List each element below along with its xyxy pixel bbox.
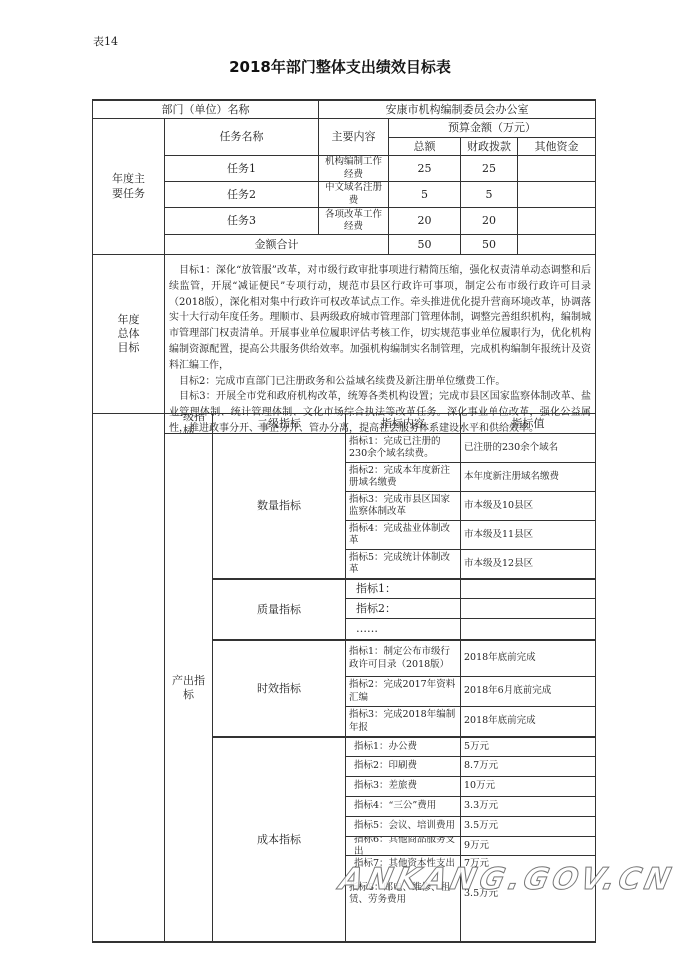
task-other	[517, 207, 596, 235]
group-quantity: 数量指标	[212, 433, 346, 579]
header-budget: 预算金额（万元）	[388, 118, 596, 138]
sum-other	[517, 234, 596, 255]
indicator-value	[460, 598, 596, 619]
indicator-value: 5万元	[460, 736, 596, 757]
task-fiscal: 5	[460, 181, 518, 208]
indicator-value: 市本级及12县区	[460, 549, 596, 579]
annual-tasks-label-text: 年度主要任务	[111, 172, 147, 201]
indicator-value	[460, 578, 596, 599]
indicator-content: 指标2：完成2017年资料汇编	[345, 676, 461, 707]
indicator-content: 指标8：邮电、维修、租赁、劳务费用	[346, 878, 460, 907]
indicator-value	[460, 618, 596, 640]
indicator-value: 2018年底前完成	[460, 639, 596, 677]
sum-label: 金额合计	[164, 234, 389, 255]
indicator-value: 7万元	[461, 856, 595, 878]
indicator-value: 2018年6月底前完成	[460, 676, 596, 707]
indicator-content: 指标3：完成市县区国家监察体制改革	[345, 491, 461, 521]
indicator-value: 2018年底前完成	[460, 706, 596, 737]
task-name: 任务3	[164, 207, 319, 235]
task-total: 20	[388, 207, 461, 235]
annual-tasks-label: 年度主要任务	[92, 118, 165, 255]
header-task-name: 任务名称	[164, 118, 319, 156]
department-label: 部门（单位）名称	[92, 99, 319, 119]
indicator-content: 指标1：完成已注册的230余个域名续费。	[345, 433, 461, 463]
header-indicator-content: 指标内容	[345, 413, 461, 434]
indicator-content: 指标6：其他商品服务支出	[345, 836, 461, 856]
task-other	[517, 181, 596, 208]
indicator-content: 指标7：其他资本性支出	[346, 856, 460, 878]
task-fiscal: 20	[460, 207, 518, 235]
indicator-content: 指标3：完成2018年编制年报	[345, 706, 461, 737]
indicator-value: 已注册的230余个域名	[460, 433, 596, 463]
indicator-content: 指标2：印刷费	[345, 756, 461, 777]
task-total: 25	[388, 155, 461, 182]
header-total: 总额	[388, 137, 461, 156]
indicator-value-group: 7万元 3.5万元	[460, 855, 596, 943]
indicator-content: 指标4：“三公”费用	[345, 796, 461, 817]
department-value: 安康市机构编制委员会办公室	[318, 99, 596, 119]
indicator-content: 指标1：	[345, 578, 461, 599]
indicator-content: 指标5：会议、培训费用	[345, 816, 461, 837]
indicator-value: 市本级及10县区	[460, 491, 596, 521]
goal-paragraph: 目标1：深化“放管服”改革，对市级行政审批事项进行精简压缩，强化权责清单动态调整…	[169, 263, 591, 374]
header-fiscal: 财政拨款	[460, 137, 518, 156]
table-bottom-border	[92, 941, 596, 943]
indicator-value: 3.5万元	[461, 878, 595, 900]
header-other: 其他资金	[517, 137, 596, 156]
task-other	[517, 155, 596, 182]
sum-total: 50	[388, 234, 461, 255]
indicator-content: 指标3：差旅费	[345, 776, 461, 797]
indicator-value: 3.3万元	[460, 796, 596, 817]
task-content: 中文域名注册费	[318, 181, 389, 208]
indicator-content: 指标2：完成本年度新注册域名缴费	[345, 462, 461, 492]
indicator-content: 指标1：办公费	[345, 736, 461, 757]
indicators-outer-label-cell	[92, 413, 165, 943]
table-number: 表14	[93, 33, 118, 49]
group-timeliness: 时效指标	[212, 639, 346, 737]
indicator-content: ……	[345, 618, 461, 640]
indicator-content-group: 指标7：其他资本性支出 指标8：邮电、维修、租赁、劳务费用	[345, 855, 461, 943]
task-name: 任务1	[164, 155, 319, 182]
task-content: 机构编制工作经费	[318, 155, 389, 182]
indicator-content: 指标5：完成统计体制改革	[345, 549, 461, 579]
indicator-content: 指标1：制定公布市级行政许可目录（2018版）	[345, 639, 461, 677]
indicator-value: 市本级及11县区	[460, 520, 596, 550]
indicator-content: 指标4：完成盐业体制改革	[345, 520, 461, 550]
annual-goals-text: 目标1：深化“放管服”改革，对市级行政审批事项进行精简压缩，强化权责清单动态调整…	[164, 254, 596, 414]
indicator-value: 本年度新注册域名缴费	[460, 462, 596, 492]
task-fiscal: 25	[460, 155, 518, 182]
indicator-value: 8.7万元	[460, 756, 596, 777]
annual-goals-label: 年度总体目标	[92, 254, 165, 414]
group-cost: 成本指标	[212, 736, 346, 943]
header-content: 主要内容	[318, 118, 389, 156]
header-level1: 一级指标	[164, 413, 213, 434]
indicator-value: 10万元	[460, 776, 596, 797]
indicator-content: 指标2：	[345, 598, 461, 619]
indicator-value: 3.5万元	[460, 816, 596, 837]
page-title: 2018年部门整体支出绩效目标表	[0, 56, 680, 77]
group-quality: 质量指标	[212, 578, 346, 640]
annual-goals-label-text: 年度总体目标	[117, 313, 141, 356]
task-total: 5	[388, 181, 461, 208]
level1-output-indicator: 产出指标	[164, 433, 213, 943]
header-indicator-value: 指标值	[460, 413, 596, 434]
sum-fiscal: 50	[460, 234, 518, 255]
header-level2: 二级指标	[212, 413, 346, 434]
task-content: 各项改革工作经费	[318, 207, 389, 235]
goal-paragraph: 目标2：完成市直部门已注册政务和公益域名续费及新注册单位缴费工作。	[169, 374, 591, 390]
task-name: 任务2	[164, 181, 319, 208]
indicator-value: 9万元	[460, 836, 596, 856]
